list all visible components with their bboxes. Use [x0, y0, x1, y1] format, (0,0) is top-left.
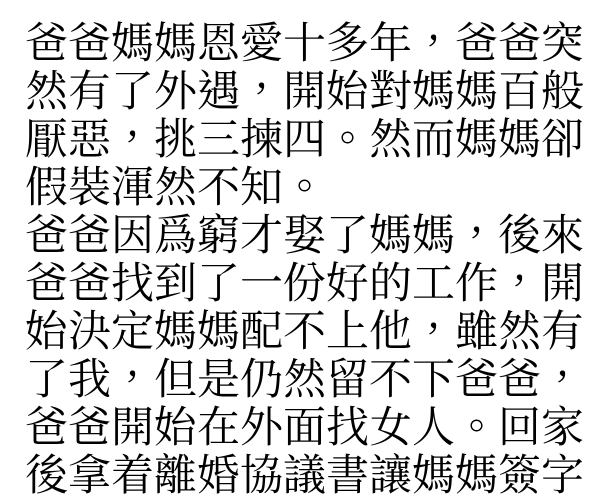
text-line: 後拿着離婚協議書讓媽媽簽字: [25, 452, 590, 500]
text-line: 了我，但是仍然留不下爸爸，: [25, 356, 590, 404]
text-line: 爸爸媽媽恩愛十多年，爸爸突: [25, 20, 590, 68]
text-line: 始決定媽媽配不上他，雖然有: [25, 308, 590, 356]
text-line: 爸爸找到了一份好的工作，開: [25, 260, 590, 308]
story-text: 爸爸媽媽恩愛十多年，爸爸突然有了外遇，開始對媽媽百般厭惡，挑三揀四。然而媽媽卻假…: [25, 20, 590, 500]
text-line: 假裝渾然不知。: [25, 164, 590, 212]
text-line: 爸爸開始在外面找女人。回家: [25, 404, 590, 452]
text-line: 然有了外遇，開始對媽媽百般: [25, 68, 590, 116]
text-line: 厭惡，挑三揀四。然而媽媽卻: [25, 116, 590, 164]
text-page: 爸爸媽媽恩愛十多年，爸爸突然有了外遇，開始對媽媽百般厭惡，挑三揀四。然而媽媽卻假…: [0, 0, 600, 500]
text-line: 爸爸因爲窮才娶了媽媽，後來: [25, 212, 590, 260]
